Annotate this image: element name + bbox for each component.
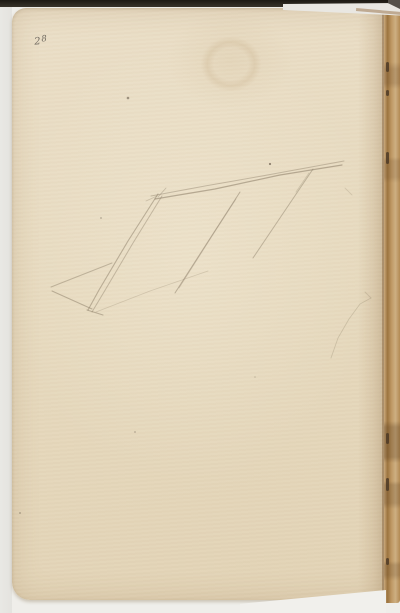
binding-stitch-4 [386,433,389,444]
paper-stain [198,34,264,94]
sketchbook-page: 28 [12,8,386,600]
binding-stitch-5 [386,478,389,491]
paper-texture [12,8,386,600]
binding-stitch-1 [386,62,389,72]
scanned-photo-backdrop: 28 [0,0,400,613]
binding-stitch-6 [386,558,389,565]
binding-stitch-2 [386,90,389,96]
page-number-digit-2: 8 [41,35,48,44]
page-number: 28 [33,30,48,47]
binding-edge [384,9,400,603]
backdrop-left-margin [0,7,12,613]
binding-stitch-3 [386,152,389,164]
